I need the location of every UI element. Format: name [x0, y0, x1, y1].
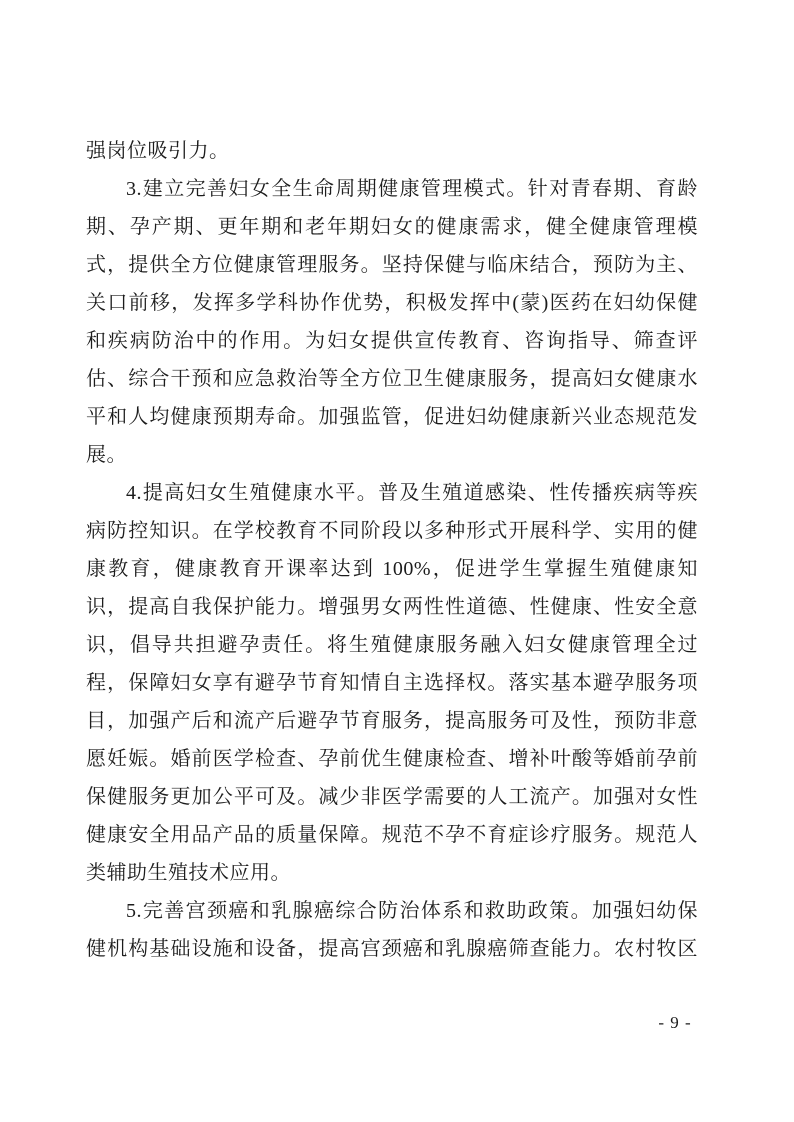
paragraph: 3.建立完善妇女全生命周期健康管理模式。针对青春期、育龄 期、孕产期、更年期和老… — [86, 170, 698, 474]
text-line: 强岗位吸引力。 — [86, 132, 698, 170]
text-line: 康教育，健康教育开课率达到 100%，促进学生掌握生殖健康知 — [86, 550, 698, 588]
text-line: 和疾病防治中的作用。为妇女提供宣传教育、咨询指导、筛查评 — [86, 322, 698, 360]
text-line: 识，倡导共担避孕责任。将生殖健康服务融入妇女健康管理全过 — [86, 626, 698, 664]
text-line: 健康安全用品产品的质量保障。规范不孕不育症诊疗服务。规范人 — [86, 816, 698, 854]
text-line: 病防控知识。在学校教育不同阶段以多种形式开展科学、实用的健 — [86, 512, 698, 550]
text-line: 4.提高妇女生殖健康水平。普及生殖道感染、性传播疾病等疾 — [86, 474, 698, 512]
document-page: 强岗位吸引力。 3.建立完善妇女全生命周期健康管理模式。针对青春期、育龄 期、孕… — [0, 0, 794, 1122]
text-line: 估、综合干预和应急救治等全方位卫生健康服务，提高妇女健康水 — [86, 360, 698, 398]
text-line: 识，提高自我保护能力。增强男女两性性道德、性健康、性安全意 — [86, 588, 698, 626]
paragraph: 强岗位吸引力。 — [86, 132, 698, 170]
document-body: 强岗位吸引力。 3.建立完善妇女全生命周期健康管理模式。针对青春期、育龄 期、孕… — [86, 132, 698, 968]
text-line: 目，加强产后和流产后避孕节育服务，提高服务可及性，预防非意 — [86, 702, 698, 740]
text-line: 3.建立完善妇女全生命周期健康管理模式。针对青春期、育龄 — [86, 170, 698, 208]
text-line: 类辅助生殖技术应用。 — [86, 854, 698, 892]
text-line: 保健服务更加公平可及。减少非医学需要的人工流产。加强对女性 — [86, 778, 698, 816]
text-line: 健机构基础设施和设备，提高宫颈癌和乳腺癌筛查能力。农村牧区 — [86, 930, 698, 968]
paragraph: 4.提高妇女生殖健康水平。普及生殖道感染、性传播疾病等疾 病防控知识。在学校教育… — [86, 474, 698, 892]
page-number: - 9 - — [638, 1012, 712, 1034]
text-line: 5.完善宫颈癌和乳腺癌综合防治体系和救助政策。加强妇幼保 — [86, 892, 698, 930]
paragraph: 5.完善宫颈癌和乳腺癌综合防治体系和救助政策。加强妇幼保 健机构基础设施和设备，… — [86, 892, 698, 968]
text-line: 愿妊娠。婚前医学检查、孕前优生健康检查、增补叶酸等婚前孕前 — [86, 740, 698, 778]
text-line: 期、孕产期、更年期和老年期妇女的健康需求，健全健康管理模 — [86, 208, 698, 246]
text-line: 式，提供全方位健康管理服务。坚持保健与临床结合，预防为主、 — [86, 246, 698, 284]
text-line: 程，保障妇女享有避孕节育知情自主选择权。落实基本避孕服务项 — [86, 664, 698, 702]
text-line: 展。 — [86, 436, 698, 474]
text-line: 关口前移，发挥多学科协作优势，积极发挥中(蒙)医药在妇幼保健 — [86, 284, 698, 322]
text-line: 平和人均健康预期寿命。加强监管，促进妇幼健康新兴业态规范发 — [86, 398, 698, 436]
